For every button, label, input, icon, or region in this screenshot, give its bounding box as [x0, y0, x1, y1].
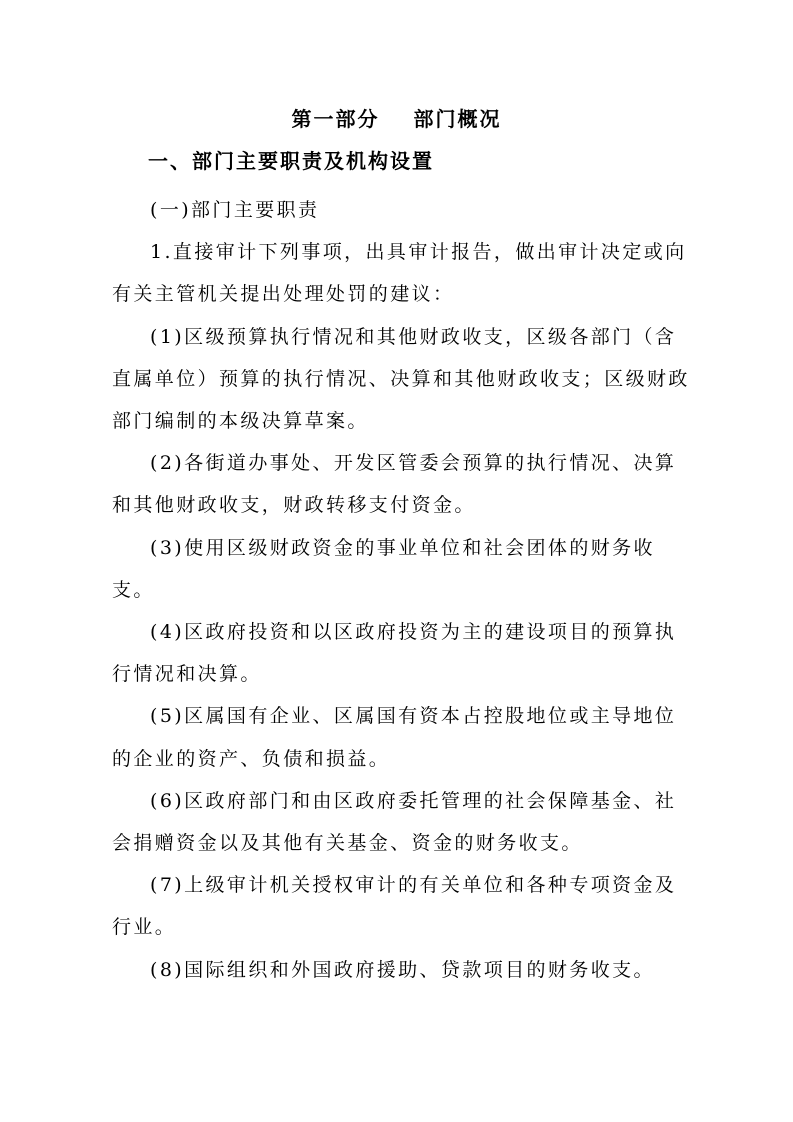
paragraph-line: 支。	[74, 569, 684, 611]
page-title: 第一部分部门概况	[0, 104, 793, 134]
paragraph-line: 行业。	[74, 906, 684, 948]
paragraph-sub-6: (6)区政府部门和由区政府委托管理的社会保障基金、社 会捐赠资金以及其他有关基金…	[112, 780, 684, 864]
paragraph-line: 有关主管机关提出处理处罚的建议：	[74, 273, 684, 315]
body-text: (一)部门主要职责 1.直接审计下列事项，出具审计报告，做出审计决定或向 有关主…	[112, 189, 684, 991]
section-heading: 一、部门主要职责及机构设置	[148, 146, 434, 176]
paragraph-line: 的企业的资产、负债和损益。	[74, 738, 684, 780]
paragraph-line: (5)区属国有企业、区属国有资本占控股地位或主导地位	[112, 695, 684, 737]
paragraph-line: 会捐赠资金以及其他有关基金、资金的财务收支。	[74, 822, 684, 864]
paragraph-sub-1: (1)区级预算执行情况和其他财政收支，区级各部门（含 直属单位）预算的执行情况、…	[112, 316, 684, 443]
paragraph-line: 行情况和决算。	[74, 653, 684, 695]
paragraph-line: 部门编制的本级决算草案。	[74, 400, 684, 442]
paragraph-item-1: 1.直接审计下列事项，出具审计报告，做出审计决定或向 有关主管机关提出处理处罚的…	[112, 231, 684, 315]
paragraph-line: (4)区政府投资和以区政府投资为主的建设项目的预算执	[112, 611, 684, 653]
paragraph-line: (7)上级审计机关授权审计的有关单位和各种专项资金及	[112, 864, 684, 906]
title-part: 第一部分	[292, 107, 380, 131]
paragraph-line: 1.直接审计下列事项，出具审计报告，做出审计决定或向	[112, 231, 684, 273]
paragraph-line: (3)使用区级财政资金的事业单位和社会团体的财务收	[112, 527, 684, 569]
paragraph-sub-4: (4)区政府投资和以区政府投资为主的建设项目的预算执 行情况和决算。	[112, 611, 684, 695]
paragraph-line: (8)国际组织和外国政府援助、贷款项目的财务收支。	[112, 949, 684, 991]
title-topic: 部门概况	[414, 107, 502, 131]
paragraph-sub-8: (8)国际组织和外国政府援助、贷款项目的财务收支。	[112, 949, 684, 991]
paragraph-sub-3: (3)使用区级财政资金的事业单位和社会团体的财务收 支。	[112, 527, 684, 611]
paragraph-line: (1)区级预算执行情况和其他财政收支，区级各部门（含	[112, 316, 684, 358]
subheading: (一)部门主要职责	[112, 189, 684, 231]
paragraph-sub-7: (7)上级审计机关授权审计的有关单位和各种专项资金及 行业。	[112, 864, 684, 948]
paragraph-line: (2)各街道办事处、开发区管委会预算的执行情况、决算	[112, 442, 684, 484]
paragraph-line: 和其他财政收支，财政转移支付资金。	[74, 484, 684, 526]
paragraph-line: (6)区政府部门和由区政府委托管理的社会保障基金、社	[112, 780, 684, 822]
paragraph-line: 直属单位）预算的执行情况、决算和其他财政收支；区级财政	[74, 358, 684, 400]
paragraph-sub-5: (5)区属国有企业、区属国有资本占控股地位或主导地位 的企业的资产、负债和损益。	[112, 695, 684, 779]
document-page: 第一部分部门概况 一、部门主要职责及机构设置 (一)部门主要职责 1.直接审计下…	[0, 0, 793, 1122]
paragraph-sub-2: (2)各街道办事处、开发区管委会预算的执行情况、决算 和其他财政收支，财政转移支…	[112, 442, 684, 526]
